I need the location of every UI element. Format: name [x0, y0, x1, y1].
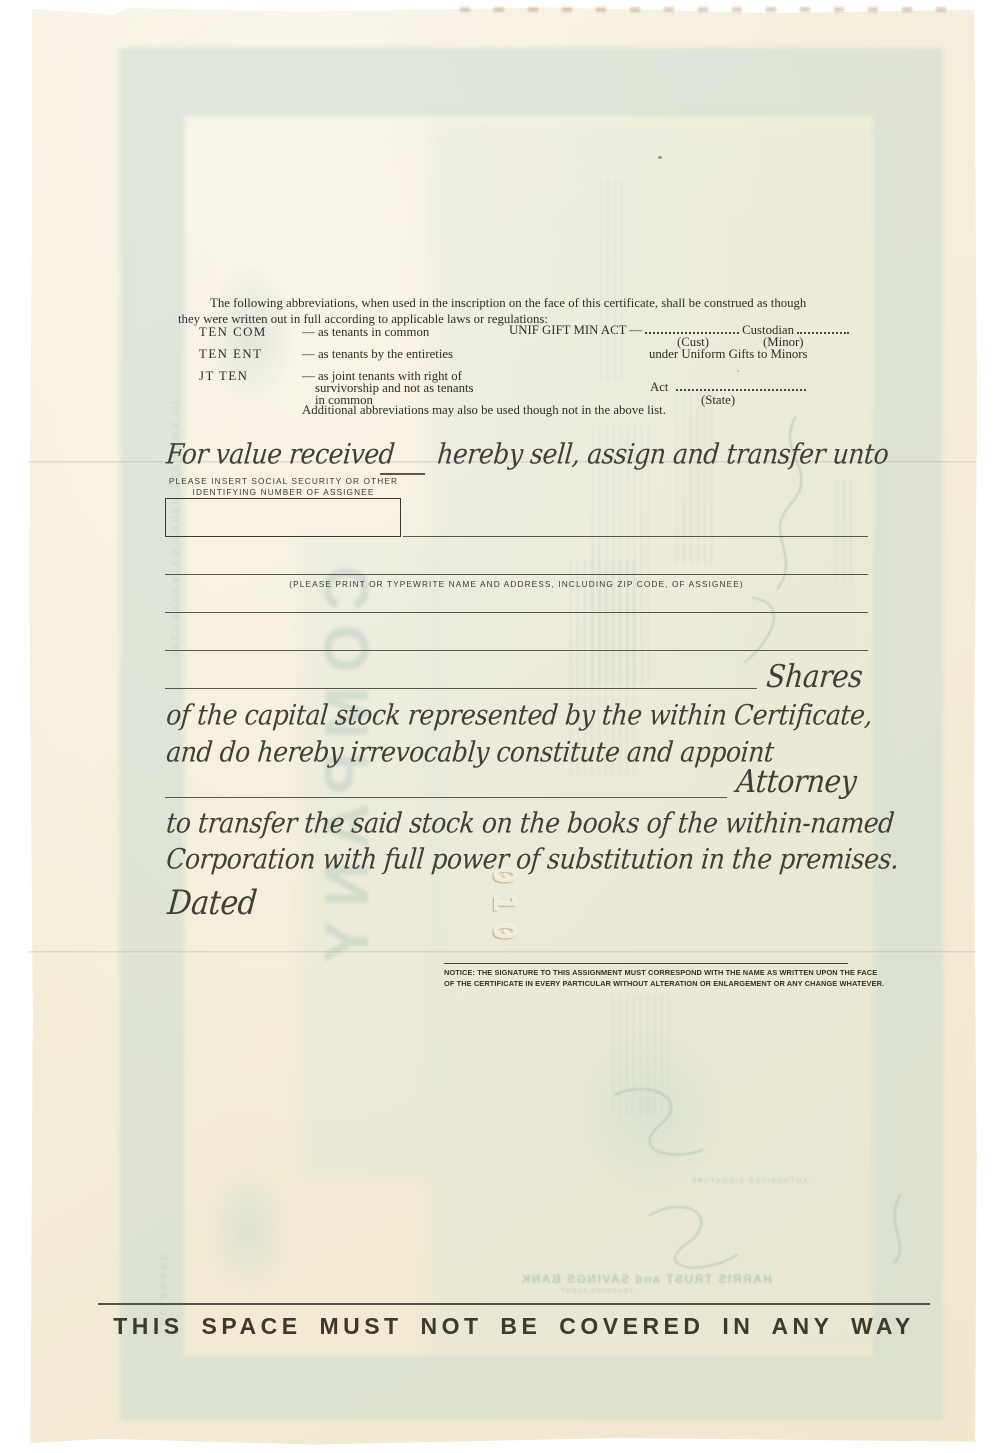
notice-line2: OF THE CERTIFICATE IN EVERY PARTICULAR W… — [444, 979, 884, 988]
assignee-address-line-2 — [165, 612, 868, 613]
premises-line: Corporation with full power of substitut… — [165, 843, 900, 875]
attorney-text: Attorney — [735, 763, 858, 800]
ssn-label-line2: IDENTIFYING NUMBER OF ASSIGNEE — [165, 487, 402, 497]
footer-warning-text: THIS SPACE MUST NOT BE COVERED IN ANY WA… — [98, 1313, 930, 1340]
attorney-blank-line — [165, 797, 727, 798]
unif-gift-min-act-block: UNIF GIFT MIN ACT — Custodian (Cust) (Mi… — [509, 323, 849, 409]
abbr-ten-ent-desc: — as tenants by the entireties — [302, 347, 453, 362]
unif-gift-under-line: under Uniform Gifts to Minors — [649, 347, 808, 362]
shares-blank-line — [165, 688, 757, 689]
transfer-unto-text: hereby sell, assign and transfer unto — [436, 438, 890, 470]
notice-rule — [444, 963, 848, 964]
act-text: Act — [650, 380, 668, 394]
abbr-ten-com: TEN COM — [199, 325, 267, 340]
ssn-label-line1: PLEASE INSERT SOCIAL SECURITY OR OTHER — [165, 476, 402, 486]
assignee-name-line — [403, 536, 868, 537]
for-value-received-text: For value received — [165, 438, 396, 470]
ssn-entry-box — [165, 498, 401, 537]
notice-line1: NOTICE: THE SIGNATURE TO THIS ASSIGNMENT… — [444, 968, 877, 977]
unif-gift-state-caption: (State) — [701, 393, 735, 408]
capital-stock-line: of the capital stock represented by the … — [165, 699, 874, 731]
transfer-books-line: to transfer the said stock on the books … — [165, 807, 895, 839]
dated-text: Dated — [166, 884, 258, 923]
dotted-line-custodian-right — [797, 324, 849, 334]
abbr-ten-ent: TEN ENT — [199, 347, 262, 362]
footer-rule — [98, 1303, 930, 1305]
additional-abbreviations-note: Additional abbreviations may also be use… — [302, 403, 666, 418]
print-typewrite-caption: (PLEASE PRINT OR TYPEWRITE NAME AND ADDR… — [165, 579, 868, 589]
shares-text: Shares — [765, 658, 864, 695]
assignee-address-line-1 — [165, 574, 868, 575]
scanned-certificate-back: COMPANY 010 HARRIS TRUST and SAVINGS BAN… — [0, 0, 1000, 1453]
assignee-address-line-3 — [165, 650, 868, 651]
abbr-ten-com-desc: — as tenants in common — [302, 325, 429, 340]
dotted-line-act — [676, 381, 806, 391]
abbreviations-intro-line1: The following abbreviations, when used i… — [210, 296, 806, 311]
appoint-line: and do hereby irrevocably constitute and… — [165, 736, 775, 768]
unif-gift-label: UNIF GIFT MIN ACT — — [509, 323, 642, 338]
dotted-line-custodian-left — [645, 324, 739, 334]
blank-line-assignor — [380, 473, 425, 475]
abbr-jt-ten: JT TEN — [199, 369, 248, 384]
